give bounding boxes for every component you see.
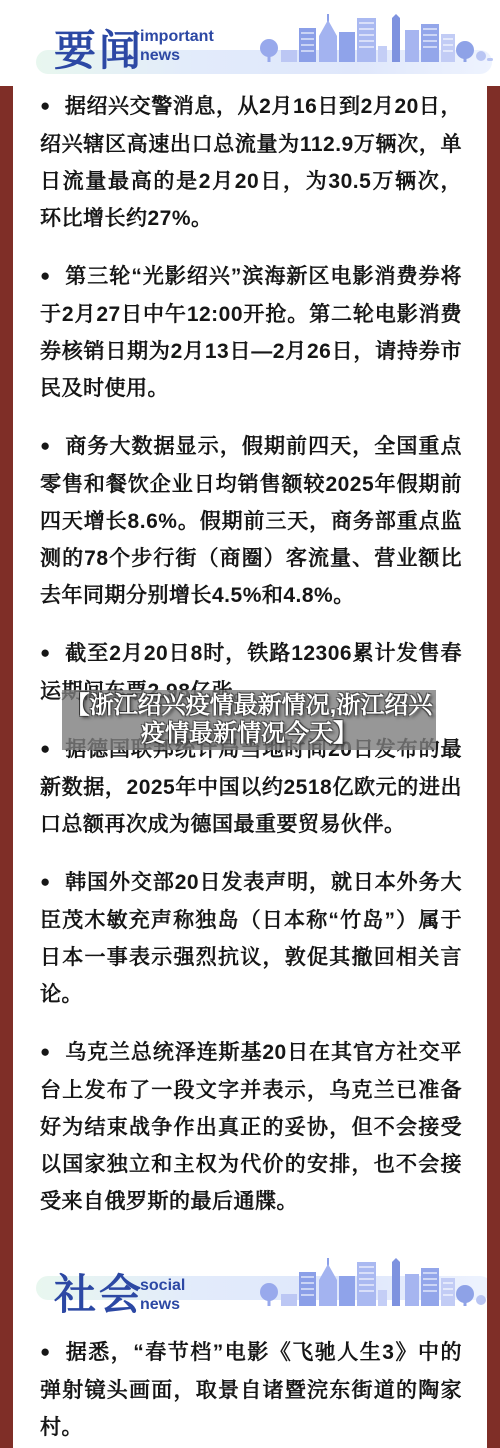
bullet-icon: ●	[40, 1342, 52, 1361]
news-item-text: 据悉，“春节档”电影《飞驰人生3》中的弹射镜头画面，取景自诸暨浣东街道的陶家村。	[40, 1341, 462, 1439]
news-item: ●据悉，“春节档”电影《飞驰人生3》中的弹射镜头画面，取景自诸暨浣东街道的陶家村…	[40, 1334, 462, 1446]
bullet-icon: ●	[40, 266, 51, 285]
important-news-header: 要闻 important news	[0, 0, 500, 84]
bullet-icon: ●	[40, 872, 51, 891]
right-edge-bar	[487, 86, 500, 1448]
news-bulletin-page: 要闻 important news ●据绍兴交警消息，从2月16日到2月20日，…	[0, 0, 500, 1448]
news-item: ●第三轮“光影绍兴”滨海新区电影消费券将于2月27日中午12:00开抢。第二轮电…	[40, 258, 462, 407]
watermark-overlay-text: 【浙江绍兴疫情最新情况,浙江绍兴疫情最新情况今天】	[66, 692, 433, 747]
section-title-chinese: 要闻	[54, 18, 144, 78]
section-title-english-line2: news	[140, 47, 180, 64]
social-news-header: 社会 social news	[0, 1250, 500, 1334]
section-social-news: 社会 social news ●据悉，“春节档”电影《飞驰人生3》中的弹射镜头画…	[0, 1250, 500, 1446]
section-important-news: 要闻 important news ●据绍兴交警消息，从2月16日到2月20日，…	[0, 0, 500, 1220]
bullet-icon: ●	[40, 1042, 51, 1061]
news-item-text: 据绍兴交警消息，从2月16日到2月20日，绍兴辖区高速出口总流量为112.9万辆…	[40, 95, 462, 230]
bullet-icon: ●	[40, 643, 51, 662]
news-item-text: 商务大数据显示，假期前四天，全国重点零售和餐饮企业日均销售额较2025年假期前四…	[40, 435, 462, 607]
section-title-english: social news	[140, 1276, 185, 1314]
section-title-english-line2: news	[140, 1296, 180, 1313]
news-item: ●商务大数据显示，假期前四天，全国重点零售和餐饮企业日均销售额较2025年假期前…	[40, 428, 462, 614]
section-title-chinese: 社会	[54, 1262, 144, 1322]
city-skyline-icon	[259, 12, 494, 64]
section-title-english: important news	[140, 27, 214, 65]
left-edge-bar	[0, 86, 13, 1448]
news-item: ●韩国外交部20日发表声明，就日本外务大臣茂木敏充声称独岛（日本称“竹岛”）属于…	[40, 864, 462, 1013]
section-title-english-line1: important	[140, 28, 214, 45]
bullet-icon: ●	[40, 739, 51, 758]
news-item: ●据绍兴交警消息，从2月16日到2月20日，绍兴辖区高速出口总流量为112.9万…	[40, 88, 462, 237]
news-item-text: 韩国外交部20日发表声明，就日本外务大臣茂木敏充声称独岛（日本称“竹岛”）属于日…	[40, 871, 462, 1006]
news-item: ●乌克兰总统泽连斯基20日在其官方社交平台上发布了一段文字并表示，乌克兰已准备好…	[40, 1034, 462, 1220]
bullet-icon: ●	[40, 96, 51, 115]
watermark-overlay: 【浙江绍兴疫情最新情况,浙江绍兴疫情最新情况今天】	[62, 690, 436, 750]
section-title-english-line1: social	[140, 1277, 185, 1294]
news-item-text: 第三轮“光影绍兴”滨海新区电影消费券将于2月27日中午12:00开抢。第二轮电影…	[40, 265, 462, 400]
news-item-text: 据德国联邦统计局当地时间20日发布的最新数据，2025年中国以约2518亿欧元的…	[40, 738, 462, 836]
city-skyline-icon	[259, 1256, 494, 1308]
news-item-text: 乌克兰总统泽连斯基20日在其官方社交平台上发布了一段文字并表示，乌克兰已准备好为…	[40, 1041, 462, 1213]
bullet-icon: ●	[40, 436, 51, 455]
